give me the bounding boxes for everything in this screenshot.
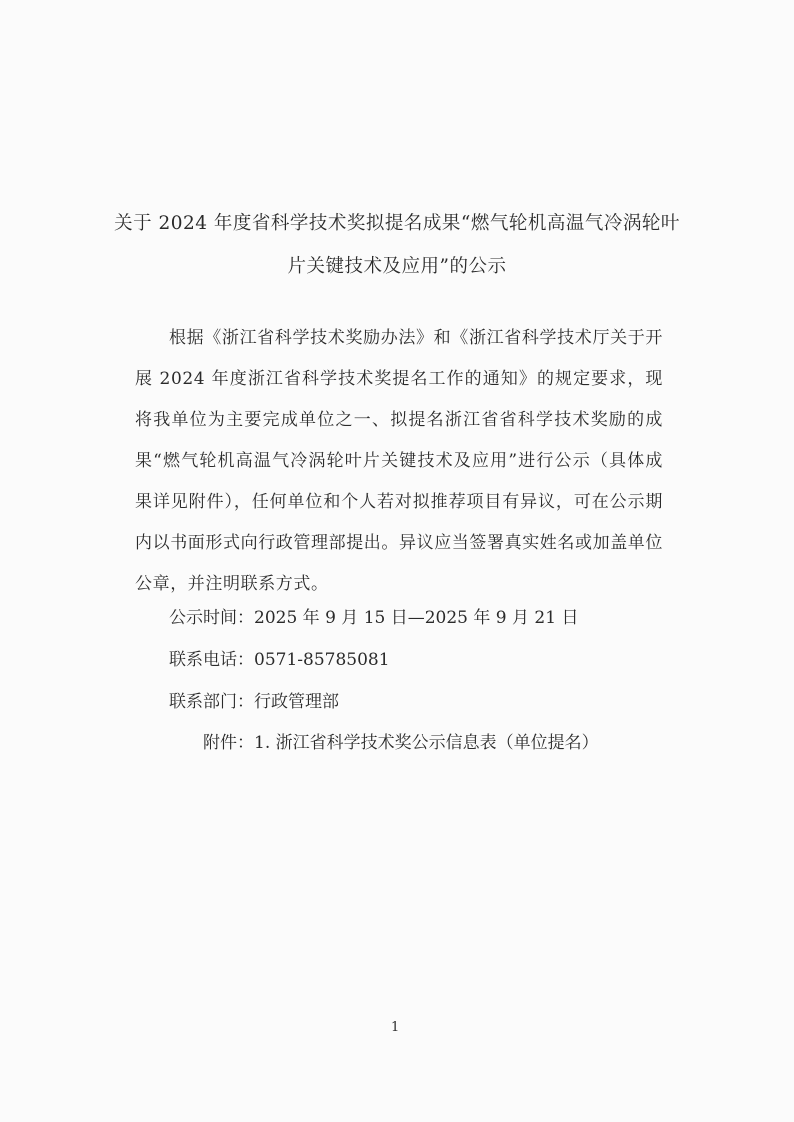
contact-phone: 联系电话：0571-85785081 [169,648,390,672]
document-title: 关于 2024 年度省科学技术奖拟提名成果“燃气轮机高温气冷涡轮叶 片关键技术及… [0,206,794,285]
contact-department: 联系部门：行政管理部 [169,690,339,714]
body-paragraph: 根据《浙江省科学技术奖励办法》和《浙江省科学技术厅关于开展 2024 年度浙江省… [135,318,663,605]
attachment-line: 附件：1. 浙江省科学技术奖公示信息表（单位提名） [203,731,599,755]
title-line-1: 关于 2024 年度省科学技术奖拟提名成果“燃气轮机高温气冷涡轮叶 [0,206,794,242]
publicity-period: 公示时间：2025 年 9 月 15 日—2025 年 9 月 21 日 [169,606,578,630]
title-line-2: 片关键技术及应用”的公示 [0,249,794,285]
page-number: 1 [391,1020,399,1035]
